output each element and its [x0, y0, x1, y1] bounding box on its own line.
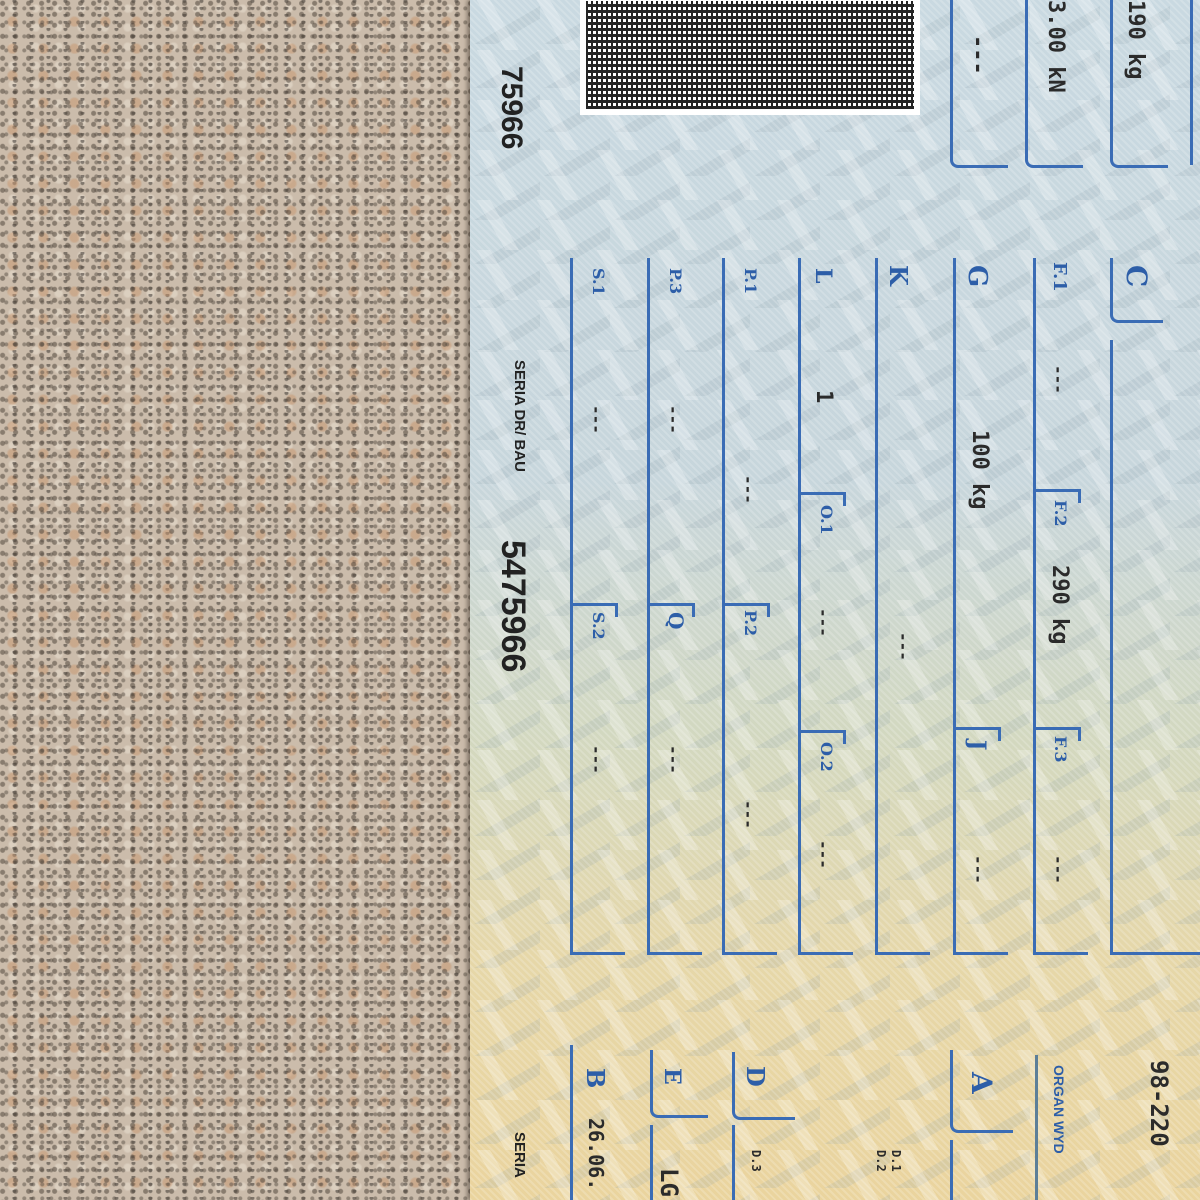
- field-b-value: 26.06.: [584, 1118, 608, 1190]
- field-d-label: D: [741, 1066, 770, 1087]
- field-d2-label: D.2: [874, 1150, 888, 1172]
- top-box-empty: [950, 0, 1008, 168]
- field-a-label: A: [965, 1072, 998, 1094]
- organ-label: ORGAN WYD: [1051, 1065, 1067, 1154]
- field-o1-label: O.1: [817, 505, 836, 535]
- top-value-force: 3.00 kN: [1043, 0, 1068, 93]
- postal-code: 98-220: [1145, 1060, 1173, 1147]
- field-d1-label: D.1: [889, 1150, 903, 1172]
- barcode-2d: [580, 0, 920, 115]
- field-l-value: 1: [811, 390, 836, 403]
- field-j-value: ---: [969, 855, 988, 884]
- field-s1-value: ---: [587, 405, 606, 434]
- field-f1-label: F.1: [1049, 262, 1070, 292]
- field-j-label: J: [964, 740, 990, 750]
- field-f2-label: F.2: [1051, 500, 1070, 526]
- field-e-value: LG: [655, 1168, 683, 1197]
- field-p1-label: P.1: [741, 268, 760, 294]
- field-f3-label: F.3: [1051, 736, 1070, 762]
- field-p2-value: ---: [739, 800, 758, 829]
- field-g-value: 100 kg: [967, 430, 992, 509]
- field-o2-value: ---: [814, 840, 833, 869]
- top-value-empty: ---: [965, 35, 990, 75]
- field-p2-label: P.2: [741, 610, 760, 636]
- field-s2-label: S.2: [589, 612, 608, 640]
- serial-label: SERIA DR/ BAU: [511, 360, 528, 472]
- field-b-label: B: [581, 1068, 610, 1088]
- field-q-label: Q: [664, 612, 688, 629]
- field-o1-value: ---: [814, 608, 833, 637]
- field-f2-value: 290 kg: [1047, 565, 1072, 644]
- field-p3-label: P.3: [666, 268, 685, 294]
- field-l-label: L: [810, 268, 836, 283]
- serial-number-top: 75966: [494, 66, 528, 149]
- field-s1-label: S.1: [589, 268, 608, 296]
- field-o2-label: O.2: [817, 742, 836, 772]
- serial-label-bottom: SERIA: [511, 1132, 528, 1178]
- registration-document: 75966 --- 3.00 kN 190 kg C F.1 --- F.2 2…: [470, 0, 1200, 1200]
- field-g-label: G: [962, 265, 992, 287]
- field-f1-value: ---: [1049, 365, 1068, 394]
- top-value-mass: 190 kg: [1123, 0, 1148, 79]
- field-p1-value: ---: [739, 475, 758, 504]
- field-f3-value: ---: [1049, 855, 1068, 884]
- field-p3-value: ---: [664, 405, 683, 434]
- field-k-value: ---: [894, 632, 913, 661]
- field-c-label: C: [1120, 265, 1153, 287]
- countertop-surface: [0, 0, 470, 1200]
- field-k-label: K: [884, 265, 913, 286]
- field-s2-value: ---: [587, 745, 606, 774]
- field-d3-label: D.3: [749, 1150, 763, 1172]
- field-q-value: ---: [664, 745, 683, 774]
- field-e-label: E: [659, 1068, 685, 1085]
- serial-number: 5475966: [493, 540, 532, 672]
